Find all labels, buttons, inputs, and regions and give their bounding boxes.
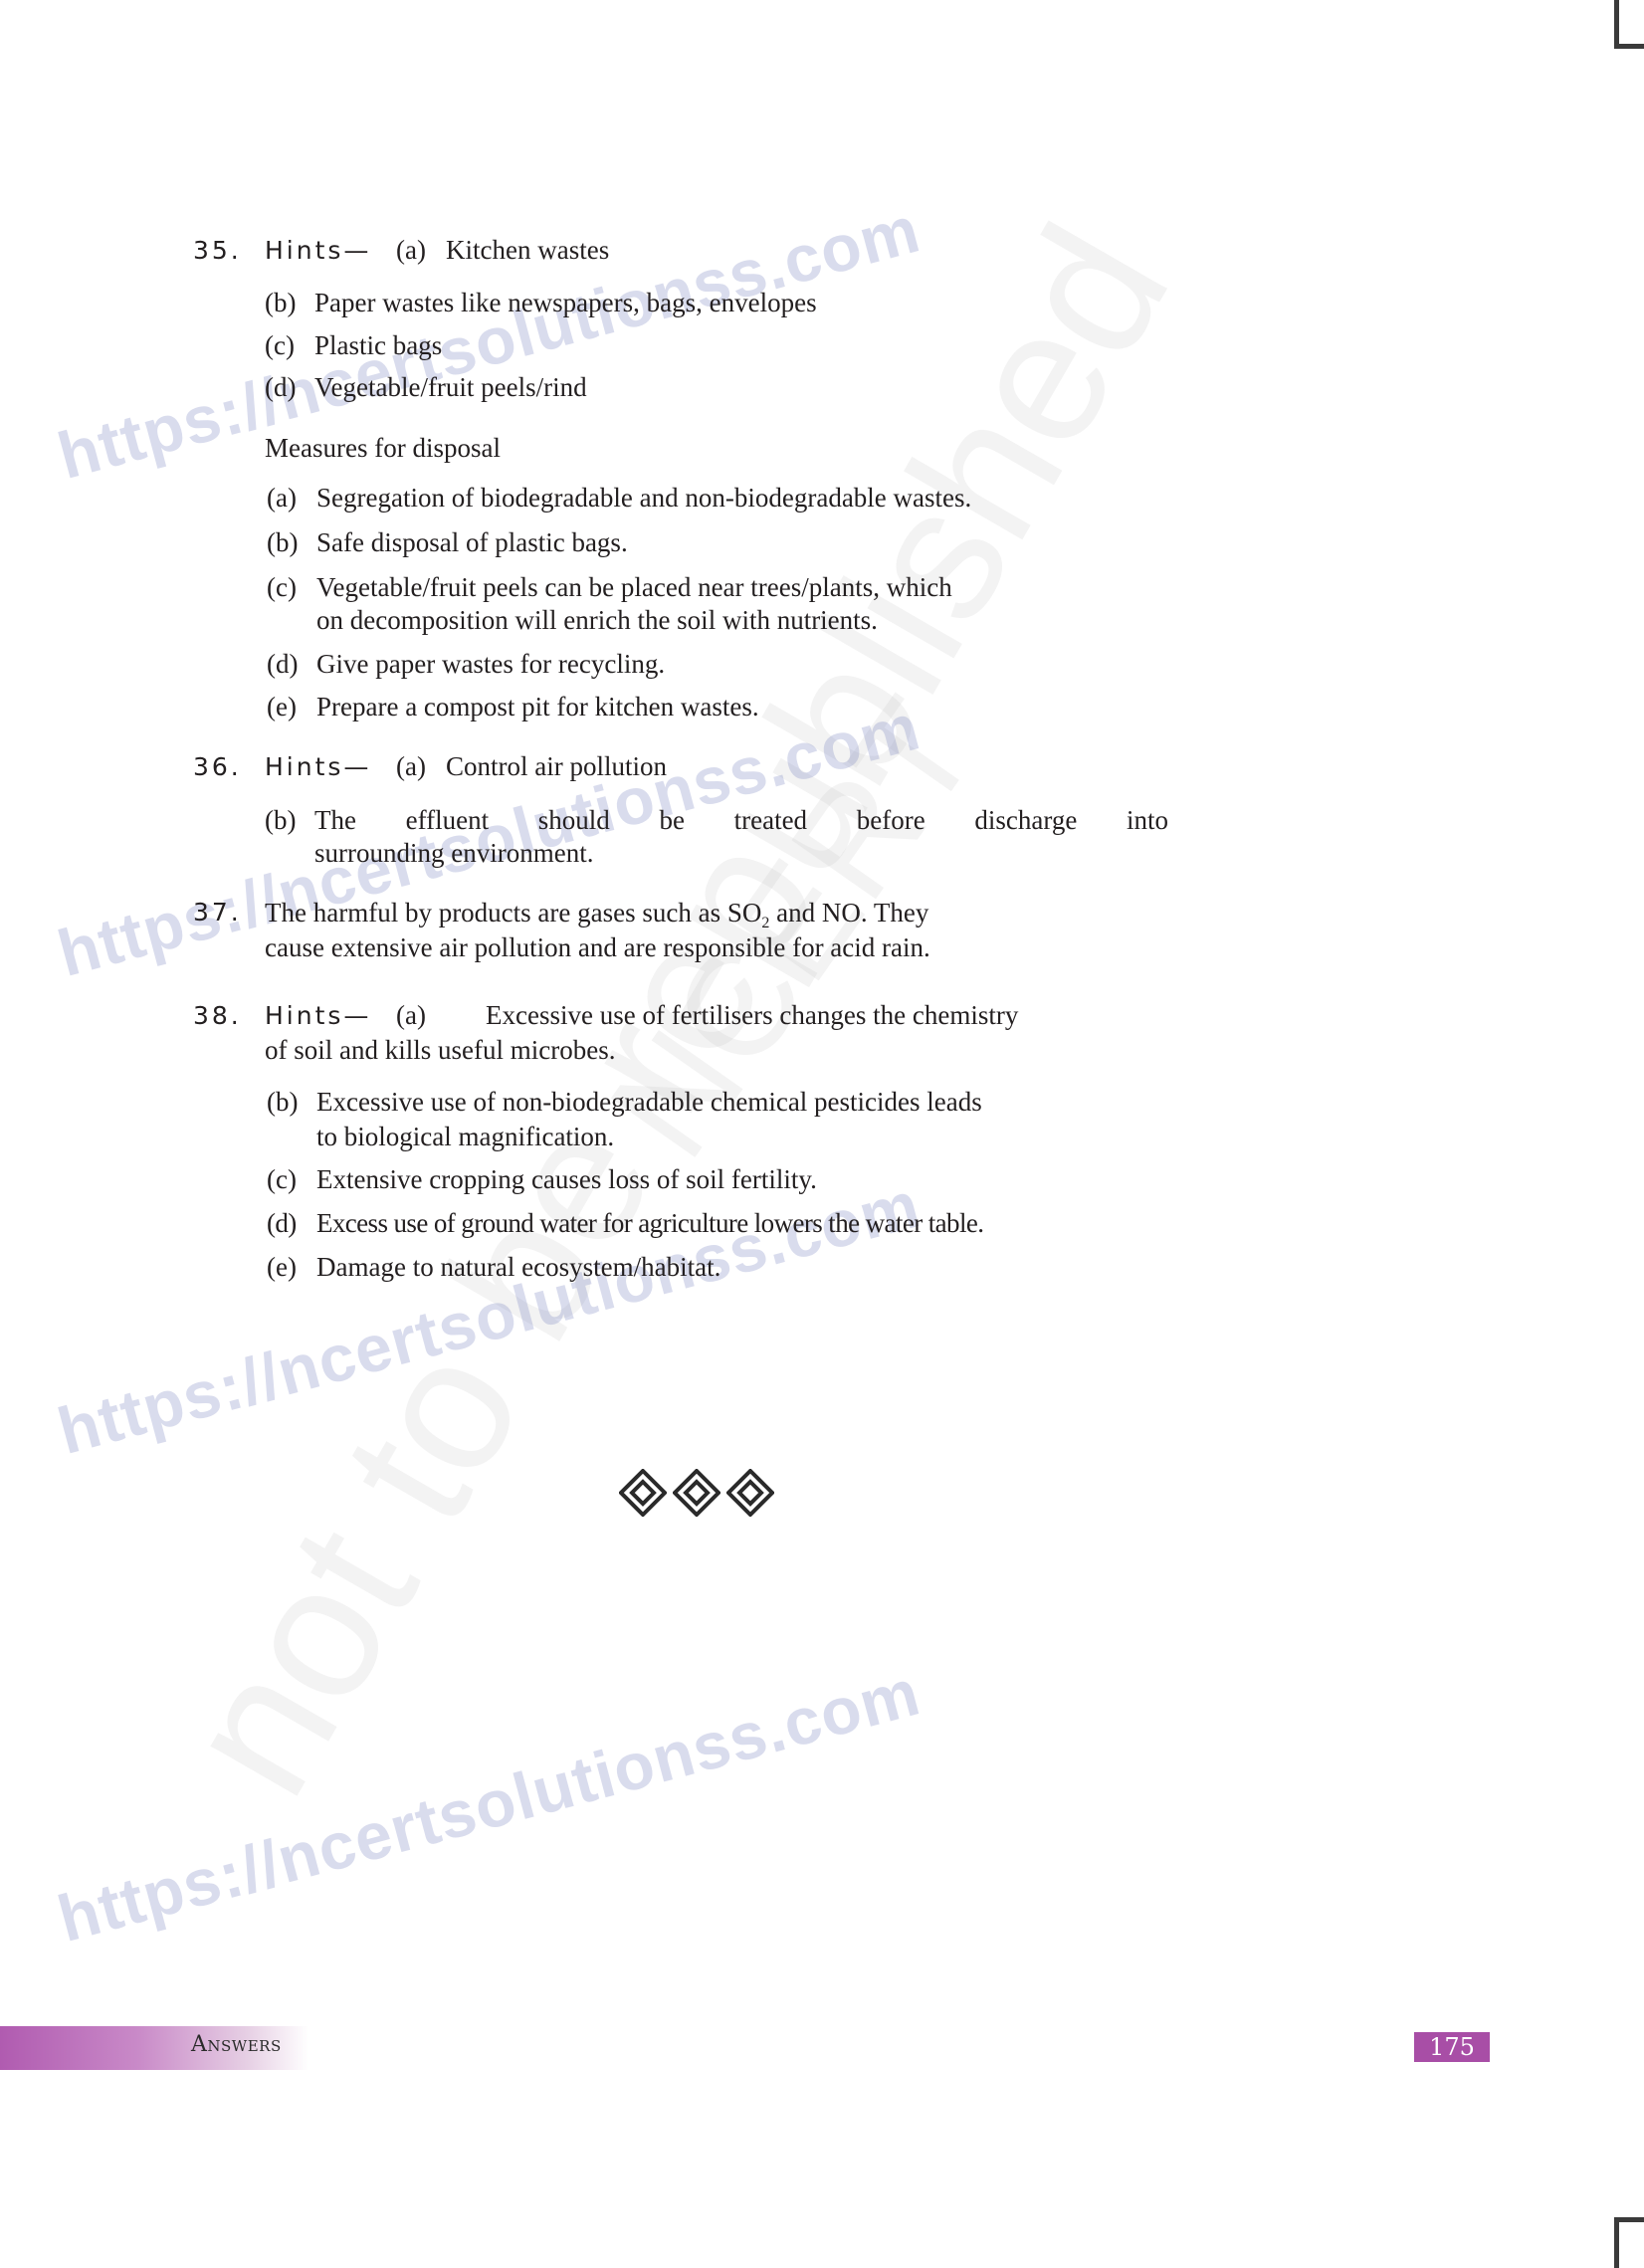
list-item-continuation: on decomposition will enrich the soil wi… — [316, 603, 878, 637]
list-item: (c)Extensive cropping causes loss of soi… — [267, 1162, 817, 1196]
list-item-continuation: of soil and kills useful microbes. — [265, 1033, 615, 1067]
question-number: 37. — [193, 896, 265, 940]
diamond-ornament-icon — [619, 1469, 667, 1517]
list-item: (b)Safe disposal of plastic bags. — [267, 525, 628, 559]
item-label: (a) — [267, 481, 316, 515]
answer-continuation: cause extensive air pollution and are re… — [265, 930, 930, 964]
diamond-ornament-icon — [673, 1469, 720, 1517]
list-item: (b)The effluent should be treated before… — [265, 803, 1168, 837]
section-end-ornament — [619, 1469, 774, 1517]
list-item: (b)Paper wastes like newspapers, bags, e… — [265, 286, 817, 319]
list-item: (d)Give paper wastes for recycling. — [267, 647, 665, 681]
item-text: Prepare a compost pit for kitchen wastes… — [316, 692, 759, 722]
crop-mark-bottom-right — [1614, 2217, 1619, 2268]
list-item: (b)Excessive use of non-biodegradable ch… — [267, 1085, 982, 1119]
item-text: Excessive use of fertilisers changes the… — [486, 1000, 1018, 1030]
item-label: (a) — [396, 233, 446, 267]
item-label: (d) — [267, 1206, 316, 1240]
page-number: 175 — [1414, 2032, 1490, 2062]
list-item: (d)Vegetable/fruit peels/rind — [265, 370, 587, 404]
question-number: 38. — [193, 999, 265, 1033]
item-text: The effluent should be treated before di… — [314, 803, 1168, 837]
list-item-continuation: to biological magnification. — [316, 1120, 614, 1153]
item-label: (c) — [265, 328, 314, 362]
item-text: Give paper wastes for recycling. — [316, 649, 665, 679]
list-item: (c)Vegetable/fruit peels can be placed n… — [267, 570, 952, 604]
item-text: Excess use of ground water for agricultu… — [316, 1208, 983, 1238]
item-label: (b) — [265, 286, 314, 319]
hints-label: Hints— — [265, 999, 396, 1033]
question-35-header: 35.Hints—(a)Kitchen wastes — [193, 233, 609, 268]
item-label: (c) — [267, 1162, 316, 1196]
item-text: Extensive cropping causes loss of soil f… — [316, 1164, 817, 1194]
measures-heading: Measures for disposal — [265, 431, 501, 465]
item-label: (a) — [396, 749, 446, 783]
item-label: (e) — [267, 1250, 316, 1284]
item-text: Plastic bags — [314, 330, 442, 360]
question-number: 36. — [193, 750, 265, 784]
item-text: Damage to natural ecosystem/habitat. — [316, 1252, 720, 1282]
list-item: (e)Prepare a compost pit for kitchen was… — [267, 690, 759, 723]
item-label: (b) — [265, 803, 314, 837]
item-text: Vegetable/fruit peels/rind — [314, 372, 587, 402]
answer-text: and NO. They — [769, 898, 928, 928]
item-text: Paper wastes like newspapers, bags, enve… — [314, 288, 817, 317]
hints-label: Hints— — [265, 750, 396, 784]
item-text: Excessive use of non-biodegradable chemi… — [316, 1087, 982, 1117]
item-label: (b) — [267, 1085, 316, 1119]
answer-text: The harmful by products are gases such a… — [265, 898, 761, 928]
item-text: Control air pollution — [446, 751, 667, 781]
item-text: Segregation of biodegradable and non-bio… — [316, 483, 971, 513]
item-label: (e) — [267, 690, 316, 723]
crop-mark-top-right — [1614, 44, 1644, 49]
crop-mark-bottom-right — [1614, 2217, 1644, 2222]
list-item-continuation: surrounding environment. — [314, 836, 593, 870]
question-number: 35. — [193, 234, 265, 268]
footer-section-label: Answers — [191, 2032, 282, 2057]
item-text: Kitchen wastes — [446, 235, 609, 265]
hints-label: Hints— — [265, 234, 396, 268]
item-text: Vegetable/fruit peels can be placed near… — [316, 572, 952, 602]
watermark-url: https://ncertsolutionss.com — [50, 1654, 927, 1957]
list-item: (e)Damage to natural ecosystem/habitat. — [267, 1250, 720, 1284]
list-item: (a)Segregation of biodegradable and non-… — [267, 481, 971, 515]
question-36-header: 36.Hints—(a)Control air pollution — [193, 749, 667, 784]
diamond-ornament-icon — [726, 1469, 774, 1517]
list-item: (c)Plastic bags — [265, 328, 442, 362]
item-label: (b) — [267, 525, 316, 559]
item-label: (d) — [267, 647, 316, 681]
question-38-header: 38.Hints—(a)Excessive use of fertilisers… — [193, 998, 1018, 1033]
item-label: (d) — [265, 370, 314, 404]
item-label: (a) — [396, 998, 486, 1032]
item-label: (c) — [267, 570, 316, 604]
item-text: Safe disposal of plastic bags. — [316, 527, 628, 557]
crop-mark-top-right — [1614, 0, 1619, 48]
list-item: (d)Excess use of ground water for agricu… — [267, 1206, 983, 1240]
